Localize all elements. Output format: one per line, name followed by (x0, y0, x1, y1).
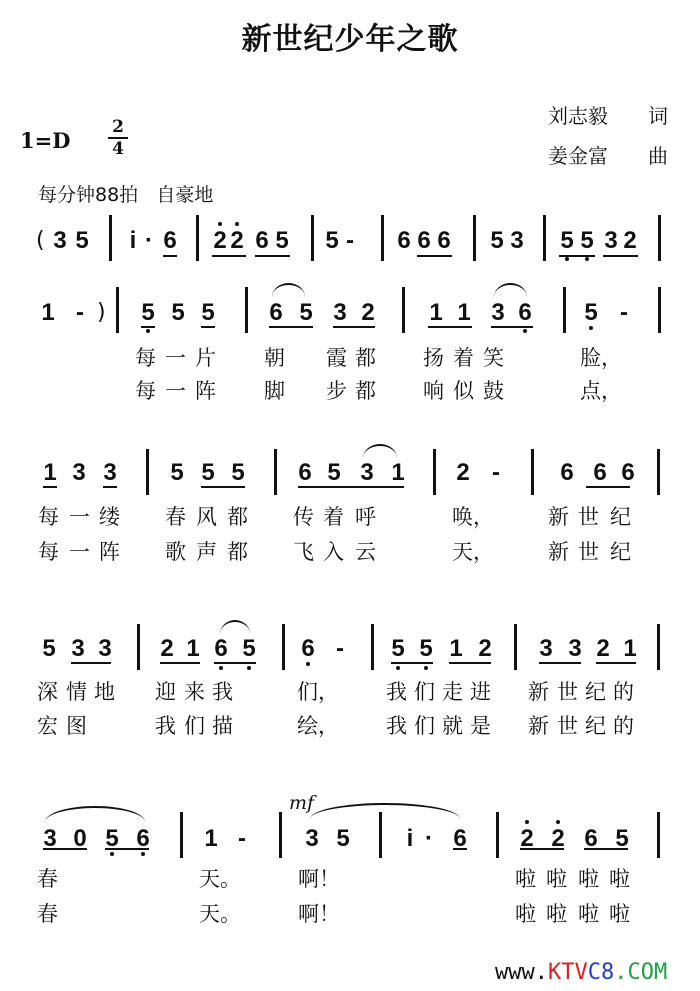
lyric: 啦 (578, 902, 599, 926)
watermark-c8: C8 (588, 960, 615, 985)
note: 5 (167, 460, 187, 486)
note: 6 (515, 300, 535, 326)
barline (137, 624, 140, 670)
note: 3 (488, 300, 508, 326)
note: 1 (620, 636, 640, 662)
barline (514, 624, 517, 670)
lyric: 着 (323, 505, 344, 529)
lyric: 天， (452, 540, 494, 564)
underline (559, 255, 595, 257)
note: 3 (357, 460, 377, 486)
lyric: 鼓 (483, 379, 504, 403)
lyric: 新 (528, 714, 549, 738)
lyric: 呼 (355, 505, 376, 529)
low-octave-dot (585, 257, 589, 261)
lyric: 新 (528, 680, 549, 704)
barline (433, 449, 436, 495)
note: 1 (388, 460, 408, 486)
lyric: 我 (386, 680, 407, 704)
note: 3 (565, 636, 585, 662)
note: 5 (138, 300, 158, 326)
underline (333, 326, 375, 328)
note: 6 (557, 460, 577, 486)
lyric: 啊！ (298, 902, 340, 926)
barline (279, 812, 282, 858)
lyric: 唤， (452, 505, 494, 529)
underline (43, 486, 57, 488)
underline (596, 662, 636, 664)
note: 1 (454, 300, 474, 326)
underline (103, 486, 117, 488)
note: 6 (618, 460, 638, 486)
lyric: 世 (557, 680, 578, 704)
note: 3 (330, 300, 350, 326)
lyric: 脚 (264, 379, 285, 403)
low-octave-dot (396, 666, 400, 670)
note: 3 (95, 636, 115, 662)
note: 1 (201, 826, 221, 852)
low-octave-dot (110, 852, 114, 856)
lyric: 是 (470, 714, 491, 738)
lyric: 啊！ (298, 867, 340, 891)
note: 5 (322, 228, 342, 254)
tempo-bpm: 每分钟88拍 (38, 184, 138, 206)
note: 6 (252, 228, 272, 254)
lyric: 风 (196, 505, 217, 529)
note: 6 (298, 636, 318, 662)
lyric: 春 (165, 505, 186, 529)
low-octave-dot (589, 326, 593, 330)
time-signature-bottom: 4 (108, 140, 128, 158)
barline (274, 449, 277, 495)
note: 6 (211, 636, 231, 662)
lyric: 深 (37, 680, 58, 704)
underline (417, 255, 452, 257)
lyric: 我 (155, 714, 176, 738)
note: 6 (414, 228, 434, 254)
note: 5 (228, 460, 248, 486)
note: 2 (593, 636, 613, 662)
barline (657, 812, 660, 858)
underline (71, 662, 111, 664)
slur (272, 283, 305, 297)
barline (473, 215, 476, 261)
lyric: 们 (414, 680, 435, 704)
note: 5 (198, 460, 218, 486)
open-paren: ( (36, 228, 45, 254)
lyric: 纪 (610, 540, 631, 564)
lyric: 每 (135, 379, 156, 403)
lyric: 云 (355, 540, 376, 564)
lyric: 每 (38, 540, 59, 564)
lyric: 们 (414, 714, 435, 738)
note: 5 (239, 636, 259, 662)
note: 5 (168, 300, 188, 326)
lyric: 都 (355, 346, 376, 370)
low-octave-dot (146, 329, 150, 333)
note: 2 (453, 460, 473, 486)
underline (603, 255, 638, 257)
note: 6 (434, 228, 454, 254)
note: · (139, 228, 159, 254)
underline (453, 848, 467, 850)
barline (245, 287, 248, 333)
lyric: 世 (578, 505, 599, 529)
lyric: 一 (69, 505, 90, 529)
barline (116, 287, 119, 333)
barline (657, 449, 660, 495)
lyric: 一 (165, 379, 186, 403)
lyric: 图 (66, 714, 87, 738)
lyric: 啦 (546, 867, 567, 891)
note: 6 (160, 228, 180, 254)
lyric: 每 (135, 346, 156, 370)
note: 2 (475, 636, 495, 662)
watermark-www: www. (495, 960, 548, 985)
low-octave-dot (247, 666, 251, 670)
note: 3 (601, 228, 621, 254)
note: 5 (272, 228, 292, 254)
note: 5 (557, 228, 577, 254)
time-signature: 2 4 (108, 118, 128, 158)
underline (539, 662, 581, 664)
lyric: 世 (557, 714, 578, 738)
underline (449, 662, 491, 664)
note: 3 (50, 228, 70, 254)
underline (214, 662, 256, 664)
underline (269, 326, 313, 328)
lyric: 扬 (423, 346, 444, 370)
composer-role: 曲 (648, 140, 668, 169)
low-octave-dot (424, 666, 428, 670)
barline (531, 449, 534, 495)
note: 3 (69, 460, 89, 486)
underline (520, 848, 564, 850)
note: 3 (507, 228, 527, 254)
note: 5 (487, 228, 507, 254)
lyric: 都 (355, 379, 376, 403)
underline (201, 326, 215, 328)
lyric: 地 (94, 680, 115, 704)
close-paren: ) (97, 300, 106, 326)
note: 5 (388, 636, 408, 662)
note: 3 (536, 636, 556, 662)
watermark-ktv: KTV (548, 960, 588, 985)
barline (543, 215, 546, 261)
barline (658, 215, 661, 261)
lyric: 世 (578, 540, 599, 564)
lyric: 缕 (99, 505, 120, 529)
dash: - (486, 460, 506, 486)
watermark: www.KTVC8.COM (495, 960, 667, 985)
lyric: 宏 (37, 714, 58, 738)
lyric: 阵 (99, 540, 120, 564)
barline (381, 215, 384, 261)
slur (494, 283, 527, 297)
lyric: 着 (453, 346, 474, 370)
low-octave-dot (306, 662, 310, 666)
note: 1 (183, 636, 203, 662)
note: 1 (446, 636, 466, 662)
barline (371, 624, 374, 670)
dash: - (340, 228, 360, 254)
lyric: 情 (66, 680, 87, 704)
lyric: 的 (613, 714, 634, 738)
note: i (400, 826, 420, 852)
high-octave-dot (525, 820, 529, 824)
underline (255, 255, 290, 257)
low-octave-dot (141, 852, 145, 856)
barline (282, 624, 285, 670)
lyric: 传 (293, 505, 314, 529)
lyric: 都 (227, 540, 248, 564)
dash: - (70, 300, 90, 326)
high-octave-dot (235, 222, 239, 226)
lyric: 们 (184, 714, 205, 738)
lyric: 我 (386, 714, 407, 738)
note: 5 (416, 636, 436, 662)
underline (160, 662, 200, 664)
note: 5 (577, 228, 597, 254)
barline (402, 287, 405, 333)
watermark-com: .COM (614, 960, 667, 985)
lyric: 啦 (515, 902, 536, 926)
lyric: 啦 (578, 867, 599, 891)
dash: - (330, 636, 350, 662)
underline (491, 326, 533, 328)
slur (310, 803, 460, 819)
note: 5 (72, 228, 92, 254)
note: 6 (394, 228, 414, 254)
note: 5 (39, 636, 59, 662)
key-signature: 1=D (20, 128, 70, 153)
lyric: 春 (37, 902, 58, 926)
note: 1 (38, 300, 58, 326)
lyric: 阵 (195, 379, 216, 403)
low-octave-dot (565, 257, 569, 261)
underline (141, 326, 155, 328)
note: 2 (620, 228, 640, 254)
underline (105, 848, 149, 850)
barline (180, 812, 183, 858)
tempo-marking: 每分钟88拍 自豪地 (38, 180, 213, 207)
note: 5 (333, 826, 353, 852)
note: 2 (227, 228, 247, 254)
lyric: 我 (212, 680, 233, 704)
lyric: 啦 (609, 902, 630, 926)
note: 1 (40, 460, 60, 486)
lyric: 霞 (326, 346, 347, 370)
lyric: 一 (165, 346, 186, 370)
low-octave-dot (523, 329, 527, 333)
underline (212, 255, 246, 257)
slur (220, 620, 250, 634)
note: 5 (581, 300, 601, 326)
high-octave-dot (218, 222, 222, 226)
underline (428, 326, 472, 328)
lyric: 啦 (546, 902, 567, 926)
lyric: 脸， (580, 346, 622, 370)
lyric: 新 (548, 540, 569, 564)
lyric: 天。 (199, 902, 241, 926)
lyricist-name: 刘志毅 (548, 100, 608, 129)
song-title: 新世纪少年之歌 (0, 14, 700, 58)
barline (496, 812, 499, 858)
note: 3 (302, 826, 322, 852)
lyric: 就 (442, 714, 463, 738)
barline (146, 449, 149, 495)
slur (45, 806, 145, 822)
barline (658, 287, 661, 333)
lyric: 的 (613, 680, 634, 704)
underline (391, 662, 433, 664)
underline (163, 255, 177, 257)
time-signature-top: 2 (108, 118, 128, 136)
barline (196, 215, 199, 261)
note: 2 (157, 636, 177, 662)
note: 6 (590, 460, 610, 486)
lyric: 来 (184, 680, 205, 704)
note: 3 (68, 636, 88, 662)
lyric: 纪 (585, 680, 606, 704)
note: 3 (100, 460, 120, 486)
underline (298, 486, 404, 488)
note: 6 (295, 460, 315, 486)
lyric: 进 (470, 680, 491, 704)
lyric: 一 (69, 540, 90, 564)
lyricist-role: 词 (648, 100, 668, 129)
underline (43, 848, 87, 850)
barline (109, 215, 112, 261)
lyric: 飞 (293, 540, 314, 564)
lyric: 迎 (155, 680, 176, 704)
note: 5 (198, 300, 218, 326)
lyric: 纪 (610, 505, 631, 529)
high-octave-dot (556, 820, 560, 824)
lyric: 朝 (264, 346, 285, 370)
underline (201, 486, 245, 488)
lyric: 啦 (515, 867, 536, 891)
lyric: 啦 (609, 867, 630, 891)
note: 2 (358, 300, 378, 326)
composer-name: 姜金富 (548, 140, 608, 169)
underline (584, 848, 628, 850)
note: 5 (296, 300, 316, 326)
note: 6 (266, 300, 286, 326)
lyric: 新 (548, 505, 569, 529)
lyric: 春 (37, 867, 58, 891)
note: · (419, 826, 439, 852)
lyric: 笑 (483, 346, 504, 370)
underline (586, 486, 630, 488)
low-octave-dot (219, 666, 223, 670)
lyric: 点， (580, 379, 622, 403)
lyric: 都 (227, 505, 248, 529)
lyric: 片 (195, 346, 216, 370)
slur (363, 444, 397, 458)
lyric: 们， (297, 680, 339, 704)
lyric: 绘， (297, 714, 339, 738)
dash: - (614, 300, 634, 326)
lyric: 步 (326, 379, 347, 403)
lyric: 歌 (165, 540, 186, 564)
barline (379, 812, 382, 858)
lyric: 似 (453, 379, 474, 403)
lyric: 每 (38, 505, 59, 529)
expression-mark: 自豪地 (156, 184, 213, 206)
barline (657, 624, 660, 670)
lyric: 响 (423, 379, 444, 403)
barline (311, 215, 314, 261)
dash: - (232, 826, 252, 852)
note: 1 (426, 300, 446, 326)
note: 5 (324, 460, 344, 486)
lyric: 描 (212, 714, 233, 738)
barline (563, 287, 566, 333)
lyric: 纪 (585, 714, 606, 738)
lyric: 声 (196, 540, 217, 564)
lyric: 天。 (199, 867, 241, 891)
lyric: 走 (442, 680, 463, 704)
dynamic-mf: mf (289, 792, 314, 814)
lyric: 入 (323, 540, 344, 564)
